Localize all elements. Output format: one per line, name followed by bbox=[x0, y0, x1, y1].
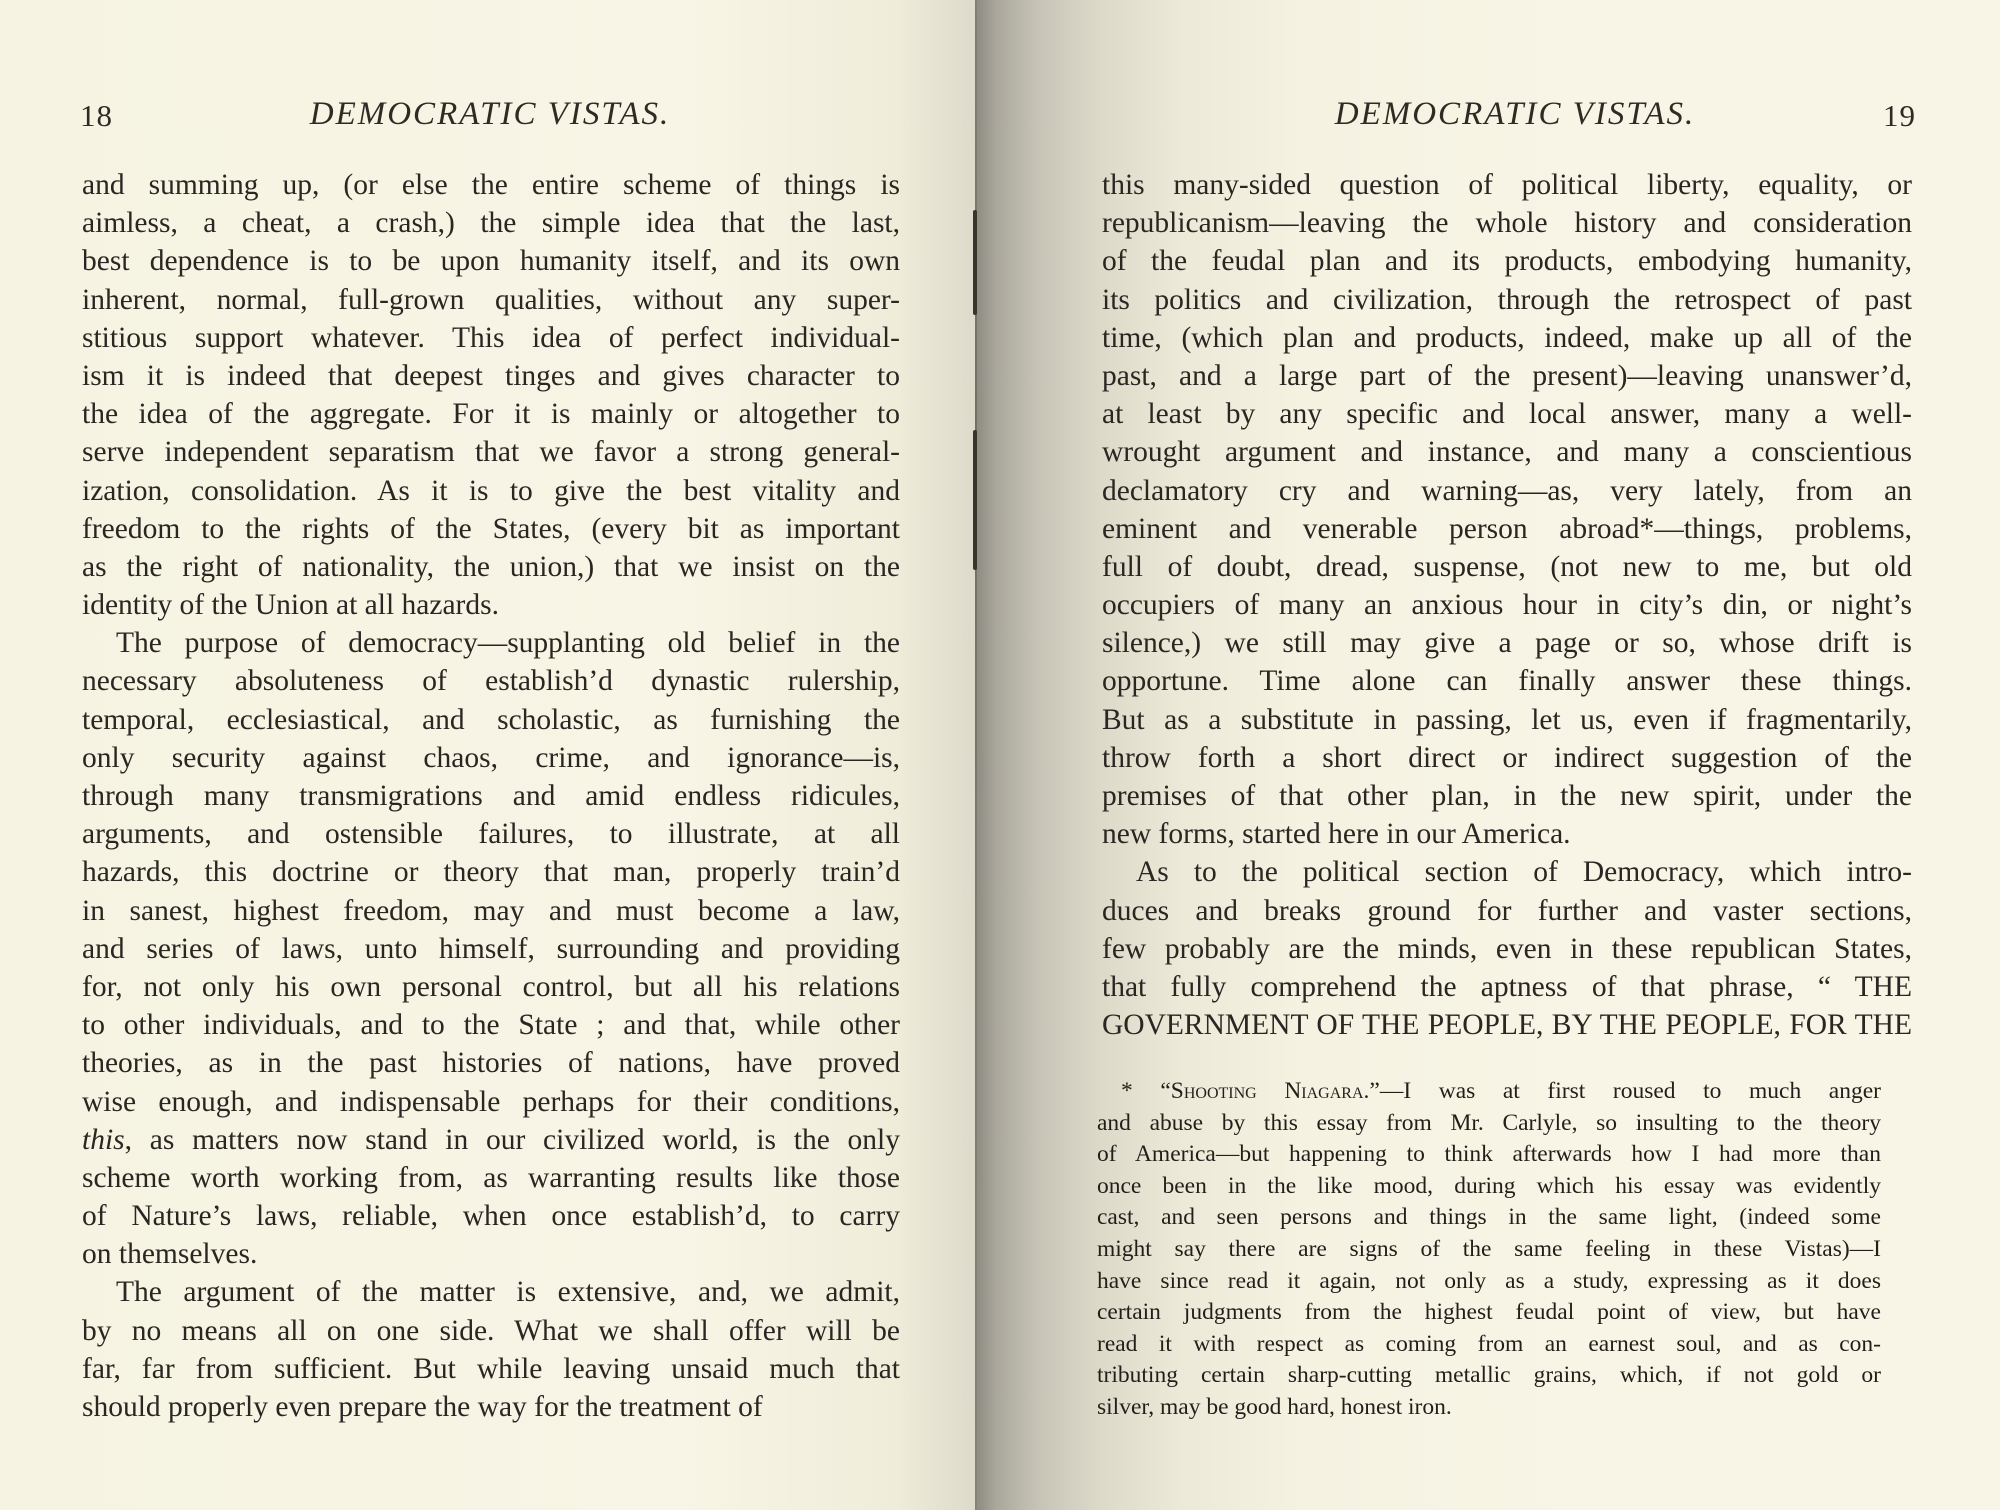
text-line: of the feudal plan and its products, emb… bbox=[1102, 242, 1912, 280]
text-line: As to the political section of Democracy… bbox=[1102, 853, 1912, 891]
text-line: declamatory cry and warning—as, very lat… bbox=[1102, 472, 1912, 510]
text-line: and summing up, (or else the entire sche… bbox=[82, 166, 900, 204]
text-line: that fully comprehend the aptness of tha… bbox=[1102, 968, 1912, 1006]
footnote-line: cast, and seen persons and things in the… bbox=[1097, 1202, 1881, 1234]
text-line: inherent, normal, full-grown qualities, … bbox=[82, 281, 900, 319]
left-page: 18 DEMOCRATIC VISTAS. and summing up, (o… bbox=[0, 0, 975, 1510]
text-line: at least by any specific and local answe… bbox=[1102, 395, 1912, 433]
binding-thread-mark bbox=[973, 430, 977, 570]
right-page: DEMOCRATIC VISTAS. 19 this many-sided qu… bbox=[975, 0, 2000, 1510]
text-line: arguments, and ostensible failures, to i… bbox=[82, 815, 900, 853]
text-line: theories, as in the past histories of na… bbox=[82, 1044, 900, 1082]
text-line: and series of laws, unto himself, surrou… bbox=[82, 930, 900, 968]
text-line: duces and breaks ground for further and … bbox=[1102, 892, 1912, 930]
footnote-line: have since read it again, not only as a … bbox=[1097, 1266, 1881, 1298]
text-span: ”—I was at first roused to much anger bbox=[1369, 1078, 1881, 1104]
running-head-right: DEMOCRATIC VISTAS. bbox=[1305, 96, 1725, 133]
text-line: new forms, started here in our America. bbox=[1102, 815, 1912, 853]
footnote-marker: * “ bbox=[1121, 1078, 1171, 1104]
text-line: occupiers of many an anxious hour in cit… bbox=[1102, 586, 1912, 624]
text-line: to other individuals, and to the State ;… bbox=[82, 1006, 900, 1044]
text-line: of Nature’s laws, reliable, when once es… bbox=[82, 1197, 900, 1235]
footnote-line: tributing certain sharp-cutting metallic… bbox=[1097, 1360, 1881, 1392]
text-line: past, and a large part of the present)—l… bbox=[1102, 357, 1912, 395]
text-line: as the right of nationality, the union,)… bbox=[82, 548, 900, 586]
text-line: its politics and civilization, through t… bbox=[1102, 281, 1912, 319]
text-line: stitious support whatever. This idea of … bbox=[82, 319, 900, 357]
text-line: scheme worth working from, as warranting… bbox=[82, 1159, 900, 1197]
page-number-right: 19 bbox=[1883, 98, 1916, 134]
text-line: full of doubt, dread, suspense, (not new… bbox=[1102, 548, 1912, 586]
text-line: wise enough, and indispensable perhaps f… bbox=[82, 1083, 900, 1121]
text-line: only security against chaos, crime, and … bbox=[82, 739, 900, 777]
footnote-line: might say there are signs of the same fe… bbox=[1097, 1234, 1881, 1266]
text-line: time, (which plan and products, indeed, … bbox=[1102, 319, 1912, 357]
text-line: The purpose of democracy—supplanting old… bbox=[82, 624, 900, 662]
text-line: the idea of the aggregate. For it is mai… bbox=[82, 395, 900, 433]
text-line: GOVERNMENT OF THE PEOPLE, BY THE PEOPLE,… bbox=[1102, 1006, 1912, 1044]
footnote: * “Shooting Niagara.”—I was at first rou… bbox=[1097, 1076, 1881, 1424]
footnote-title: Shooting Niagara. bbox=[1171, 1078, 1370, 1104]
text-line: on themselves. bbox=[82, 1235, 900, 1273]
text-line: The argument of the matter is extensive,… bbox=[82, 1273, 900, 1311]
text-line: wrought argument and instance, and many … bbox=[1102, 433, 1912, 471]
text-line: silence,) we still may give a page or so… bbox=[1102, 624, 1912, 662]
text-line: ism it is indeed that deepest tinges and… bbox=[82, 357, 900, 395]
footnote-line: * “Shooting Niagara.”—I was at first rou… bbox=[1097, 1076, 1881, 1108]
left-body-text: and summing up, (or else the entire sche… bbox=[82, 166, 900, 1426]
text-line: serve independent separatism that we fav… bbox=[82, 433, 900, 471]
text-line: republicanism—leaving the whole history … bbox=[1102, 204, 1912, 242]
text-line: opportune. Time alone can finally answer… bbox=[1102, 662, 1912, 700]
text-line: freedom to the rights of the States, (ev… bbox=[82, 510, 900, 548]
text-line: in sanest, highest freedom, may and must… bbox=[82, 892, 900, 930]
text-line: for, not only his own personal control, … bbox=[82, 968, 900, 1006]
text-line: few probably are the minds, even in thes… bbox=[1102, 930, 1912, 968]
running-head-left: DEMOCRATIC VISTAS. bbox=[280, 96, 700, 133]
text-span: , as matters now stand in our civilized … bbox=[125, 1124, 900, 1156]
text-line: hazards, this doctrine or theory that ma… bbox=[82, 853, 900, 891]
text-line: aimless, a cheat, a crash,) the simple i… bbox=[82, 204, 900, 242]
text-line: eminent and venerable person abroad*—thi… bbox=[1102, 510, 1912, 548]
text-line: this, as matters now stand in our civili… bbox=[82, 1121, 900, 1159]
text-line: ization, consolidation. As it is to give… bbox=[82, 472, 900, 510]
footnote-line: and abuse by this essay from Mr. Carlyle… bbox=[1097, 1108, 1881, 1140]
binding-thread-mark bbox=[973, 210, 977, 315]
text-line: necessary absoluteness of establish’d dy… bbox=[82, 662, 900, 700]
text-line: far, far from sufficient. But while leav… bbox=[82, 1350, 900, 1388]
text-line: temporal, ecclesiastical, and scholastic… bbox=[82, 701, 900, 739]
text-line: should properly even prepare the way for… bbox=[82, 1388, 900, 1426]
text-line: premises of that other plan, in the new … bbox=[1102, 777, 1912, 815]
footnote-line: silver, may be good hard, honest iron. bbox=[1097, 1392, 1881, 1424]
footnote-line: once been in the like mood, during which… bbox=[1097, 1171, 1881, 1203]
text-line: best dependence is to be upon humanity i… bbox=[82, 242, 900, 280]
italic-word: this bbox=[82, 1124, 125, 1156]
page-number-left: 18 bbox=[80, 98, 113, 134]
footnote-line: read it with respect as coming from an e… bbox=[1097, 1329, 1881, 1361]
text-line: by no means all on one side. What we sha… bbox=[82, 1312, 900, 1350]
text-line: identity of the Union at all hazards. bbox=[82, 586, 900, 624]
footnote-line: certain judgments from the highest feuda… bbox=[1097, 1297, 1881, 1329]
text-line: throw forth a short direct or indirect s… bbox=[1102, 739, 1912, 777]
text-line: through many transmigrations and amid en… bbox=[82, 777, 900, 815]
footnote-line: of America—but happening to think afterw… bbox=[1097, 1139, 1881, 1171]
text-line: this many-sided question of political li… bbox=[1102, 166, 1912, 204]
text-line: But as a substitute in passing, let us, … bbox=[1102, 701, 1912, 739]
right-body-text: this many-sided question of political li… bbox=[1102, 166, 1912, 1044]
